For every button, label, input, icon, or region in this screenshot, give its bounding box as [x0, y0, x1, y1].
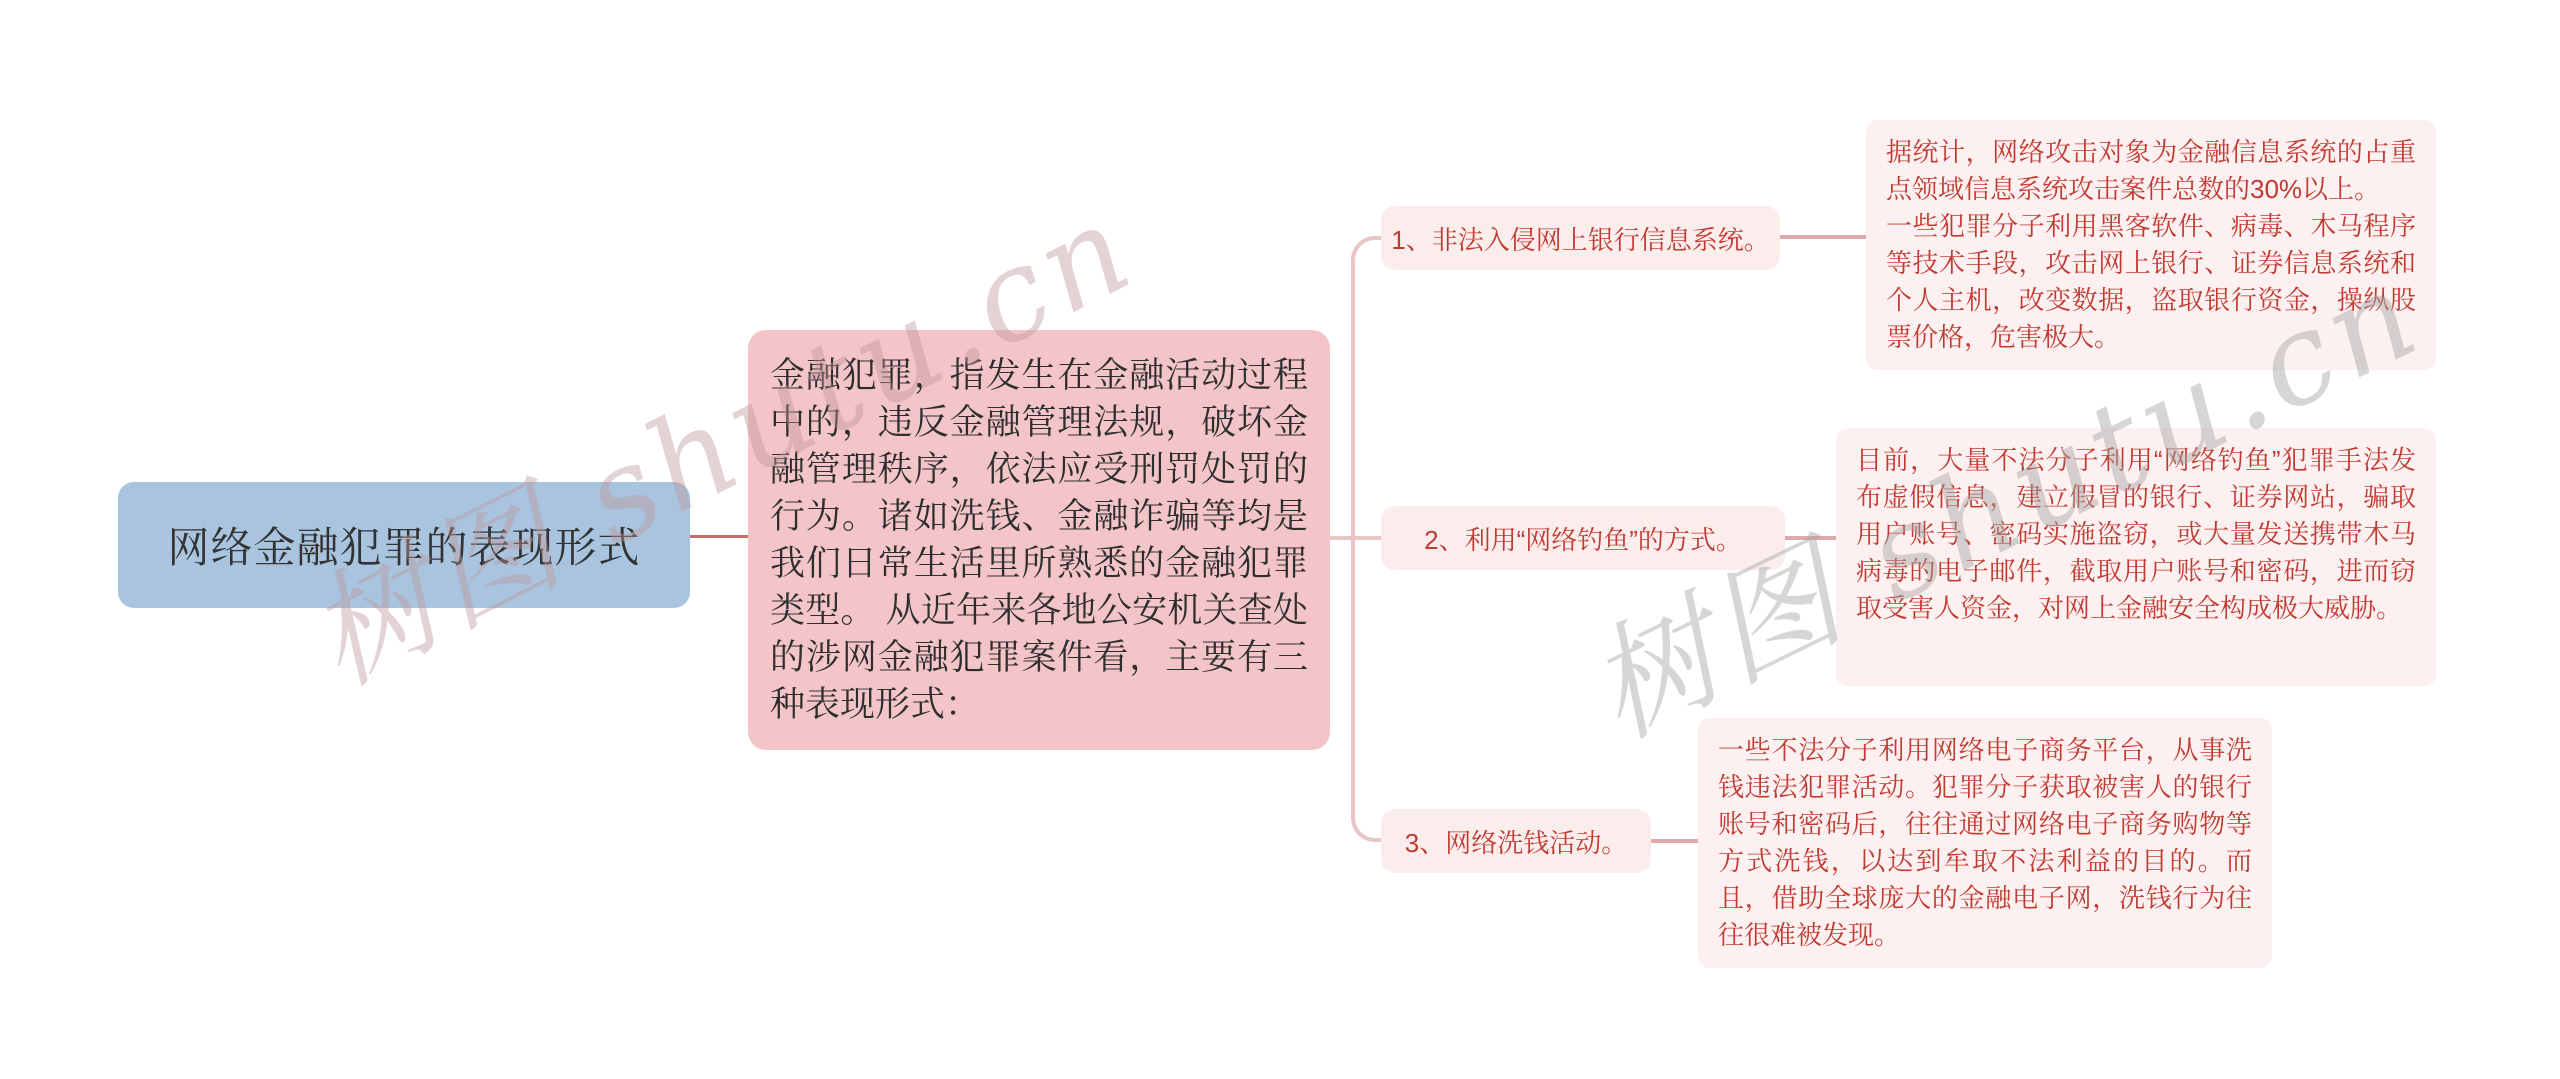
connector-branch2-to-detail2	[1783, 536, 1838, 540]
mindmap-canvas: 网络金融犯罪的表现形式 金融犯罪，指发生在金融活动过程中的，违反金融管理法规，破…	[0, 0, 2560, 1079]
detail-node-1[interactable]: 据统计，网络攻击对象为金融信息系统的占重点领域信息系统攻击案件总数的30%以上。…	[1866, 120, 2436, 370]
root-node[interactable]: 网络金融犯罪的表现形式	[118, 482, 690, 608]
connector-bracket-corner-bottom	[1351, 810, 1382, 842]
connector-bracket-vertical	[1351, 262, 1355, 814]
connector-branch1-to-detail1	[1776, 235, 1868, 239]
branch-node-2[interactable]: 2、利用“网络钓鱼”的方式。	[1381, 506, 1785, 570]
branch-node-3[interactable]: 3、网络洗钱活动。	[1381, 809, 1651, 873]
detail-node-2[interactable]: 目前，大量不法分子利用“网络钓鱼”犯罪手法发布虚假信息，建立假冒的银行、证券网站…	[1836, 428, 2436, 686]
branch-node-1[interactable]: 1、非法入侵网上银行信息系统。	[1381, 206, 1780, 270]
summary-node[interactable]: 金融犯罪，指发生在金融活动过程中的，违反金融管理法规，破坏金融管理秩序，依法应受…	[748, 330, 1330, 750]
connector-summary-to-bracket	[1328, 536, 1384, 540]
detail-node-3[interactable]: 一些不法分子利用网络电子商务平台，从事洗钱违法犯罪活动。犯罪分子获取被害人的银行…	[1698, 718, 2272, 968]
connector-bracket-corner-top	[1351, 236, 1382, 266]
connector-branch3-to-detail3	[1649, 839, 1700, 843]
connector-root-to-summary	[690, 535, 748, 538]
